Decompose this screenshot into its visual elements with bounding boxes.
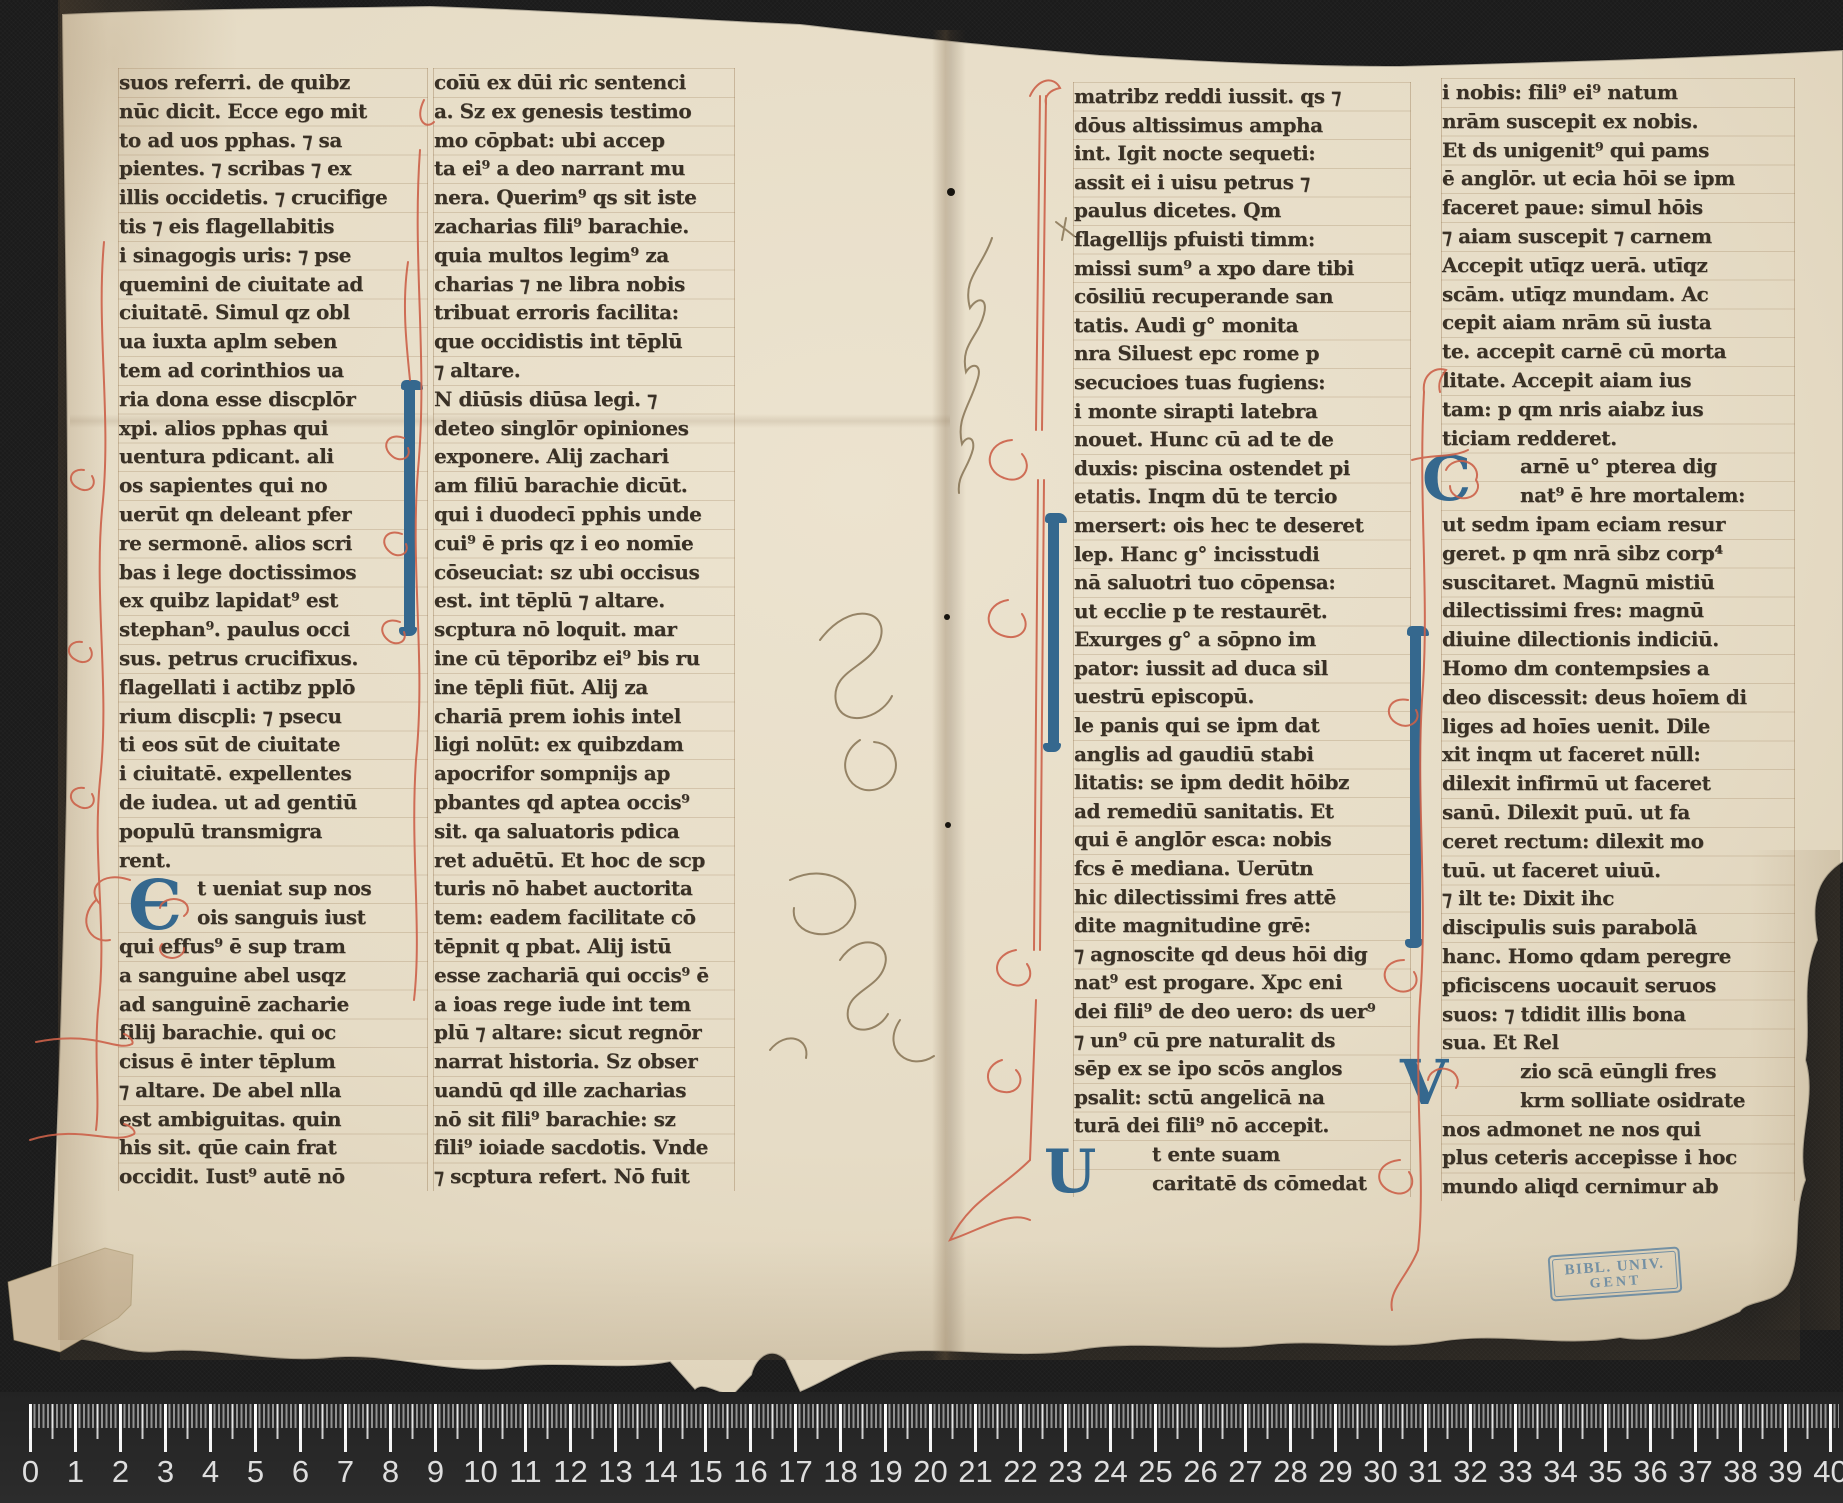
ruler-numbers: 0123456789101112131415161718192021222324…	[8, 1454, 1843, 1490]
library-stamp: BIBL. UNIV. GENT	[1548, 1246, 1683, 1301]
text-line: xit inqm ut faceret nūll:	[1442, 740, 1794, 769]
text-line: dei fili⁹ de deo uero: ds uer⁹	[1074, 997, 1410, 1026]
ruler-number: 25	[1133, 1454, 1178, 1490]
text-line: scām. utīqz mundam. Ac	[1442, 280, 1794, 309]
text-line: dite magnitudine grē:	[1074, 911, 1410, 940]
stamp-outer-border: BIBL. UNIV. GENT	[1548, 1246, 1683, 1301]
text-line: a sanguine abel usqz	[119, 961, 427, 990]
text-line: nat⁹ est progare. Xpc eni	[1074, 968, 1410, 997]
text-line: est ambiguitas. quin	[119, 1105, 427, 1134]
text-line: N diūsis diūsa legi. ⁊	[434, 385, 734, 414]
ruler-number: 7	[323, 1454, 368, 1490]
text-line: dōus altissimus ampha	[1074, 111, 1410, 140]
text-line: qui ē anglōr esca: nobis	[1074, 825, 1410, 854]
text-line: ine cū tēporibz ei⁹ bis ru	[434, 644, 734, 673]
text-line: suos referri. de quibz	[119, 68, 427, 97]
ruler-number: 30	[1358, 1454, 1403, 1490]
ruler-number: 39	[1763, 1454, 1808, 1490]
ruler-number: 18	[818, 1454, 863, 1490]
text-line: nūc dicit. Ecce ego mit	[119, 97, 427, 126]
text-line: ut ecclie p te restaurēt.	[1074, 597, 1410, 626]
initial-i-col2	[404, 382, 415, 634]
text-line: ine tēpli fiūt. Alij za	[434, 673, 734, 702]
text-line: psalit: sctū angelicā na	[1074, 1083, 1410, 1112]
ruler-number: 3	[143, 1454, 188, 1490]
text-line: sanū. Dilexit puū. ut fa	[1442, 798, 1794, 827]
text-line: sēp ex se ipo scōs anglos	[1074, 1054, 1410, 1083]
text-line: mundo aliqd cernimur ab	[1442, 1172, 1794, 1201]
text-line: int. Igit nocte sequeti:	[1074, 139, 1410, 168]
text-column-4: i nobis: fili⁹ ei⁹ natumnrām suscepit ex…	[1441, 78, 1795, 1201]
text-column-1: suos referri. de quibznūc dicit. Ecce eg…	[118, 68, 428, 1191]
text-line: flagellijs pfuisti timm:	[1074, 225, 1410, 254]
text-line: dilectissimi fres: magnū	[1442, 596, 1794, 625]
ruler-number: 11	[503, 1454, 548, 1490]
text-line: ceret rectum: dilexit mo	[1442, 827, 1794, 856]
text-line: duxis: piscina ostendet pi	[1074, 454, 1410, 483]
text-line: quemini de ciuitate ad	[119, 270, 427, 299]
text-line: charias ⁊ ne libra nobis	[434, 270, 734, 299]
text-column-3: matribz reddi iussit. qs ⁊dōus altissimu…	[1073, 82, 1411, 1197]
ruler-number: 31	[1403, 1454, 1448, 1490]
text-line: ⁊ un⁹ cū pre naturalit ds	[1074, 1026, 1410, 1055]
ruler-number: 37	[1673, 1454, 1718, 1490]
text-line: exponere. Alij zachari	[434, 442, 734, 471]
ruler-number: 29	[1313, 1454, 1358, 1490]
text-line: plus ceteris accepisse i hoc	[1442, 1143, 1794, 1172]
text-line: nrām suscepit ex nobis.	[1442, 107, 1794, 136]
text-line: hanc. Homo qdam peregre	[1442, 942, 1794, 971]
text-line: uestrū episcopū.	[1074, 682, 1410, 711]
text-line: litatis: se ipm dedit hōibz	[1074, 768, 1410, 797]
ruler-number: 0	[8, 1454, 53, 1490]
text-line: a ioas rege iude int tem	[434, 990, 734, 1019]
text-line: missi sum⁹ a xpo dare tibi	[1074, 254, 1410, 283]
text-line: fili⁹ ioiade sacdotis. Vnde	[434, 1133, 734, 1162]
text-line: faceret paue: simul hōis	[1442, 193, 1794, 222]
text-line: ⁊ altare.	[434, 356, 734, 385]
ruler-number: 21	[953, 1454, 998, 1490]
text-line: sit. qa saluatoris pdica	[434, 817, 734, 846]
text-line: pbantes qd aptea occis⁹	[434, 788, 734, 817]
text-line: to ad uos pphas. ⁊ sa	[119, 126, 427, 155]
text-line: etatis. Inqm dū te tercio	[1074, 482, 1410, 511]
text-line: caritatē ds cōmedat	[1074, 1169, 1410, 1198]
text-line: zacharias fili⁹ barachie.	[434, 212, 734, 241]
text-line: os sapientes qui no	[119, 471, 427, 500]
ruler-number: 40	[1808, 1454, 1843, 1490]
text-line: secucioes tuas fugiens:	[1074, 368, 1410, 397]
text-line: suscitaret. Magnū mistiū	[1442, 568, 1794, 597]
text-line: fcs ē mediana. Uerūtn	[1074, 854, 1410, 883]
text-line: dilexit infirmū ut faceret	[1442, 769, 1794, 798]
text-line: nouet. Hunc cū ad te de	[1074, 425, 1410, 454]
text-line: tem: eadem facilitate cō	[434, 903, 734, 932]
text-line: ē anglōr. ut ecia hōi se ipm	[1442, 164, 1794, 193]
text-line: i sinagogis uris: ⁊ pse	[119, 241, 427, 270]
ruler-number: 16	[728, 1454, 773, 1490]
text-line: Accepit utīqz uerā. utīqz	[1442, 251, 1794, 280]
ruler-number: 33	[1493, 1454, 1538, 1490]
text-line: t ente suam	[1074, 1140, 1410, 1169]
ruler-number: 38	[1718, 1454, 1763, 1490]
text-line: cepit aiam nrām sū iusta	[1442, 308, 1794, 337]
text-line: mersert: ois hec te deseret	[1074, 511, 1410, 540]
text-line: ⁊ scptura refert. Nō fuit	[434, 1162, 734, 1191]
text-line: tem ad corinthios ua	[119, 356, 427, 385]
text-line: ret aduētū. Et hoc de scp	[434, 846, 734, 875]
text-line: cui⁹ ē pris qz i eo nomīe	[434, 529, 734, 558]
text-line: assit ei i uisu petrus ⁊	[1074, 168, 1410, 197]
text-line: tuū. ut faceret uiuū.	[1442, 856, 1794, 885]
text-line: plū ⁊ altare: sicut regnōr	[434, 1018, 734, 1047]
text-line: am filiū barachie dicūt.	[434, 471, 734, 500]
text-line: ⁊ agnoscite qd deus hōi dig	[1074, 940, 1410, 969]
text-line: a. Sz ex genesis testimo	[434, 97, 734, 126]
text-line: bas i lege doctissimos	[119, 558, 427, 587]
text-line: ut sedm ipam eciam resur	[1442, 510, 1794, 539]
ruler-number: 12	[548, 1454, 593, 1490]
text-line: ex quibz lapidat⁹ est	[119, 586, 427, 615]
text-line: ticiam redderet.	[1442, 424, 1794, 453]
stamp-inner-border: BIBL. UNIV. GENT	[1552, 1251, 1678, 1298]
text-line: mo cōpbat: ubi accep	[434, 126, 734, 155]
text-line: ria dona esse discplōr	[119, 385, 427, 414]
text-line: filij barachie. qui oc	[119, 1018, 427, 1047]
text-line: ad remediū sanitatis. Et	[1074, 797, 1410, 826]
text-line: hic dilectissimi fres attē	[1074, 883, 1410, 912]
digitized-manuscript-scan: suos referri. de quibznūc dicit. Ecce eg…	[0, 0, 1843, 1503]
ruler-number: 28	[1268, 1454, 1313, 1490]
ruler-number: 32	[1448, 1454, 1493, 1490]
text-line: tēpnit q pbat. Alij istū	[434, 932, 734, 961]
initial-c: C	[1422, 448, 1471, 510]
text-line: apocrifor sompnijs ap	[434, 759, 734, 788]
ruler-number: 17	[773, 1454, 818, 1490]
text-line: pator: iussit ad duca sil	[1074, 654, 1410, 683]
text-line: illis occidetis. ⁊ crucifige	[119, 183, 427, 212]
ruler-number: 13	[593, 1454, 638, 1490]
text-line: discipulis suis parabolā	[1442, 913, 1794, 942]
text-line: zio scā eūngli fres	[1442, 1057, 1794, 1086]
text-line: quia multos legim⁹ za	[434, 241, 734, 270]
text-line: uentura pdicant. ali	[119, 442, 427, 471]
ruler-number: 23	[1043, 1454, 1088, 1490]
text-line: tatis. Audi g° monita	[1074, 311, 1410, 340]
text-line: ua iuxta aplm seben	[119, 327, 427, 356]
text-line: ti eos sūt de ciuitate	[119, 730, 427, 759]
text-line: turis nō habet auctorita	[434, 874, 734, 903]
text-line: cisus ē inter tēplum	[119, 1047, 427, 1076]
ruler-number: 2	[98, 1454, 143, 1490]
initial-e: Є	[128, 872, 182, 940]
ruler-number: 26	[1178, 1454, 1223, 1490]
text-line: ligi nolūt: ex quibzdam	[434, 730, 734, 759]
text-line: ⁊ ilt te: Dixit ihc	[1442, 884, 1794, 913]
text-line: flagellati i actibz pplō	[119, 673, 427, 702]
text-line: i monte sirapti latebra	[1074, 397, 1410, 426]
text-line: nra Siluest epc rome p	[1074, 339, 1410, 368]
ruler-ticks-cm	[29, 1404, 1839, 1452]
text-line: uandū qd ille zacharias	[434, 1076, 734, 1105]
text-line: his sit. qūe cain frat	[119, 1133, 427, 1162]
text-line: cōseuciat: sz ubi occisus	[434, 558, 734, 587]
ruler-number: 34	[1538, 1454, 1583, 1490]
text-line: xpi. alios pphas qui	[119, 414, 427, 443]
text-line: ad sanguinē zacharie	[119, 990, 427, 1019]
ruler-number: 22	[998, 1454, 1043, 1490]
text-line: Homo dm contempsies a	[1442, 654, 1794, 683]
text-line: ⁊ altare. De abel nlla	[119, 1076, 427, 1105]
text-line: tam: p qm nris aiabz ius	[1442, 395, 1794, 424]
text-line: rium discpli: ⁊ psecu	[119, 702, 427, 731]
text-line: krm solliate osidrate	[1442, 1086, 1794, 1115]
ruler-number: 15	[683, 1454, 728, 1490]
text-line: chariā prem iohis intel	[434, 702, 734, 731]
text-line: que occidistis int tēplū	[434, 327, 734, 356]
ruler-number: 14	[638, 1454, 683, 1490]
ruler-number: 10	[458, 1454, 503, 1490]
text-line: nera. Querim⁹ qs sit iste	[434, 183, 734, 212]
ruler-number: 9	[413, 1454, 458, 1490]
text-line: deo discessit: deus hoīem di	[1442, 683, 1794, 712]
text-line: esse zachariā qui occis⁹ ē	[434, 961, 734, 990]
text-line: pficiscens uocauit seruos	[1442, 971, 1794, 1000]
text-line: occidit. Iust⁹ autē nō	[119, 1162, 427, 1191]
text-line: nat⁹ ē hre mortalem:	[1442, 481, 1794, 510]
ruler-number: 1	[53, 1454, 98, 1490]
text-line: litate. Accepit aiam ius	[1442, 366, 1794, 395]
text-line: le panis qui se ipm dat	[1074, 711, 1410, 740]
text-line: turā dei fili⁹ nō accepit.	[1074, 1111, 1410, 1140]
text-line: cōsiliū recuperande san	[1074, 282, 1410, 311]
ruler-number: 20	[908, 1454, 953, 1490]
text-line: populū transmigra	[119, 817, 427, 846]
ruler: 0123456789101112131415161718192021222324…	[0, 1392, 1843, 1503]
text-line: narrat historia. Sz obser	[434, 1047, 734, 1076]
text-line: sus. petrus crucifixus.	[119, 644, 427, 673]
text-line: uerūt qn deleant pfer	[119, 500, 427, 529]
text-line: pientes. ⁊ scribas ⁊ ex	[119, 154, 427, 183]
text-line: tis ⁊ eis flagellabitis	[119, 212, 427, 241]
text-line: nā saluotri tuo cōpensa:	[1074, 568, 1410, 597]
text-line: paulus dicetes. Qm	[1074, 196, 1410, 225]
text-column-2: coīū ex dūi ric sentencia. Sz ex genesis…	[433, 68, 735, 1191]
text-line: nō sit fili⁹ barachie: sz	[434, 1105, 734, 1134]
text-line: diuine dilectionis indiciū.	[1442, 625, 1794, 654]
ruler-number: 19	[863, 1454, 908, 1490]
text-line: ciuitatē. Simul qz obl	[119, 298, 427, 327]
ruler-number: 35	[1583, 1454, 1628, 1490]
initial-i-col3	[1048, 515, 1059, 750]
initial-i-col4	[1410, 628, 1421, 946]
ruler-number: 8	[368, 1454, 413, 1490]
text-line: de iudea. ut ad gentiū	[119, 788, 427, 817]
text-line: i nobis: fili⁹ ei⁹ natum	[1442, 78, 1794, 107]
text-line: i ciuitatē. expellentes	[119, 759, 427, 788]
text-line: stephan⁹. paulus occi	[119, 615, 427, 644]
text-line: te. accepit carnē cū morta	[1442, 337, 1794, 366]
text-line: re sermonē. alios scri	[119, 529, 427, 558]
ruler-number: 4	[188, 1454, 233, 1490]
text-line: sua. Et Rel	[1442, 1028, 1794, 1057]
text-line: est. int tēplū ⁊ altare.	[434, 586, 734, 615]
text-line: ⁊ aiam suscepit ⁊ carnem	[1442, 222, 1794, 251]
initial-u: U	[1044, 1142, 1096, 1202]
initial-v: V	[1400, 1052, 1448, 1114]
text-line: matribz reddi iussit. qs ⁊	[1074, 82, 1410, 111]
text-line: suos: ⁊ tdidit illis bona	[1442, 1000, 1794, 1029]
ruler-number: 6	[278, 1454, 323, 1490]
text-line: geret. p qm nrā sibz corp⁴	[1442, 539, 1794, 568]
text-line: coīū ex dūi ric sentenci	[434, 68, 734, 97]
text-line: scptura nō loquit. mar	[434, 615, 734, 644]
ruler-number: 24	[1088, 1454, 1133, 1490]
text-line: lep. Hanc g° incisstudi	[1074, 540, 1410, 569]
text-line: deteo singlōr opiniones	[434, 414, 734, 443]
text-line: Et ds unigenit⁹ qui pams	[1442, 136, 1794, 165]
text-line: liges ad hoīes uenit. Dile	[1442, 712, 1794, 741]
text-line: qui i duodecī pphis unde	[434, 500, 734, 529]
ruler-number: 5	[233, 1454, 278, 1490]
text-line: arnē u° pterea dig	[1442, 452, 1794, 481]
text-line: anglis ad gaudiū stabi	[1074, 740, 1410, 769]
text-line: ta ei⁹ a deo narrant mu	[434, 154, 734, 183]
ruler-number: 36	[1628, 1454, 1673, 1490]
text-line: Exurges g° a sōpno im	[1074, 625, 1410, 654]
text-line: tribuat erroris facilita:	[434, 298, 734, 327]
text-line: nos admonet ne nos qui	[1442, 1115, 1794, 1144]
ruler-number: 27	[1223, 1454, 1268, 1490]
